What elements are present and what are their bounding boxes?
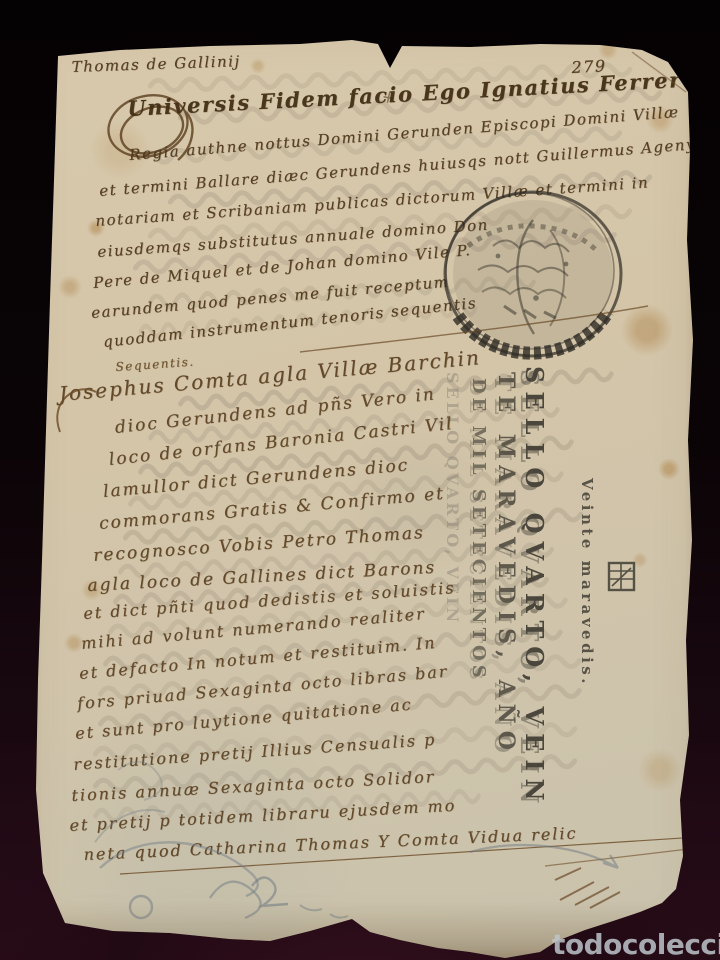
manuscript-line: mihi ad volunt numerando realiter <box>80 604 426 653</box>
initial-flourish <box>100 82 210 172</box>
photo-background: SELLO QVARTO, VEIN DE MIL SETECIENTOS TE… <box>0 0 720 960</box>
collation-cross-mark: + <box>380 86 399 108</box>
manuscript-line: lamullor dict Gerundens dioc <box>102 455 410 502</box>
site-watermark: todocoleccion <box>552 928 720 960</box>
folio-number: 279 <box>571 56 607 77</box>
manuscript-line: et termini Ballare diæc Gerundens huiusq… <box>99 134 706 200</box>
small-square-stamp <box>606 560 638 594</box>
pencil-marks-layer <box>0 0 720 960</box>
manuscript-line: et sunt pro luytione quitatione ac <box>74 695 413 743</box>
notarial-ink-seal <box>438 186 628 366</box>
manuscript-line: commorans Gratis & Confirmo et <box>98 484 445 534</box>
manuscript-line: restitutione pretij Illius Censualis p <box>73 730 437 774</box>
bleed-through-layer <box>0 0 720 960</box>
manuscript-line: earundem quod penes me fuit receptum <box>90 273 450 322</box>
manuscript-line: fors priuad Sexaginta octo libras bar <box>76 662 449 713</box>
fiscal-stamp-column-2: TE MARAVEDIS, AÑO <box>493 372 519 757</box>
catchword: Sequentis. <box>115 355 195 374</box>
manuscript-line: Josephus Comta agla Villæ Barchin <box>58 345 482 406</box>
manuscript-line: neta quod Catharina Thomas Y Comta Vidua… <box>83 823 578 864</box>
manuscript-line: et dict pñti quod dedistis et soluistis <box>83 578 456 623</box>
pen-lines-layer <box>0 0 720 960</box>
manuscript-line: agla loco de Gallines dict Barons <box>87 558 437 596</box>
archival-name-note: Thomas de Gallinij <box>71 52 241 76</box>
manuscript-line: recognosco Vobis Petro Thomas <box>93 523 426 566</box>
manuscript-paper: SELLO QVARTO, VEIN DE MIL SETECIENTOS TE… <box>0 0 720 960</box>
fiscal-stamp-small-overprint: Veinte maravedis. <box>578 478 596 687</box>
manuscript-line: dioc Gerundens ad pñs Vero in <box>114 384 437 438</box>
manuscript-line: notariam et Scribaniam publicas dictorum… <box>95 173 650 230</box>
manuscript-line: Regia authne nottus Domini Gerunden Epis… <box>129 103 681 164</box>
fiscal-stamp-column-1: SELLO QVARTO, VEIN <box>520 366 549 809</box>
manuscript-line: et defacto In notum et restituim. In <box>78 633 437 683</box>
fiscal-stamp-column-ghost: SELLO QVARTO, VEIN <box>443 372 462 625</box>
manuscript-line: Pere de Miquel et de Johan domino Vile P… <box>92 241 472 292</box>
manuscript-line: eiusdemqs substitutus annuale domino Don <box>97 216 490 261</box>
manuscript-line: loco de orfans Baronia Castri Vil <box>108 414 455 470</box>
manuscript-line: tionis annuæ Sexaginta octo Solidor <box>71 767 436 805</box>
fiscal-stamp-column-3: DE MIL SETECIENTOS <box>468 378 489 682</box>
manuscript-line: et pretij p totidem libraru ejusdem mo <box>69 796 457 835</box>
manuscript-line: quoddam instrumentum tenoris sequentis <box>102 294 478 351</box>
document-heading: Universis Fidem facio Ego Ignatius Ferre… <box>127 67 683 121</box>
